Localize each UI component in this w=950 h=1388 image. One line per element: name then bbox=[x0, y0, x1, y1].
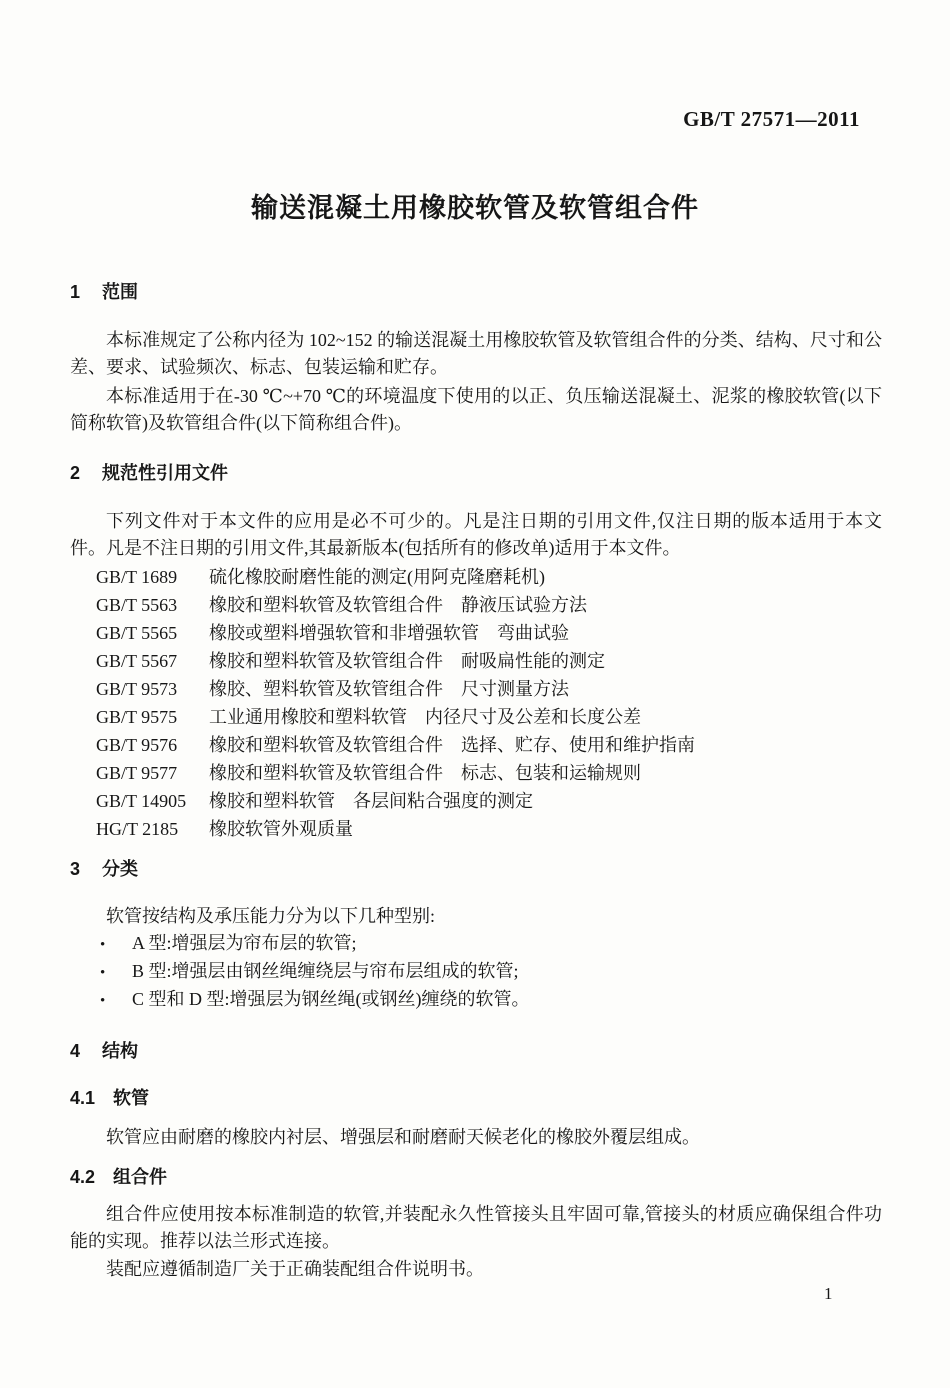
reference-title: 橡胶或塑料增强软管和非增强软管 弯曲试验 bbox=[209, 619, 569, 647]
bullet-icon: • bbox=[100, 931, 112, 959]
heading-number: 4 bbox=[70, 1038, 80, 1065]
reference-title: 橡胶和塑料软管及软管组合件 静液压试验方法 bbox=[209, 591, 587, 619]
reference-code: GB/T 9575 bbox=[96, 703, 193, 731]
reference-item: GB/T 5563 橡胶和塑料软管及软管组合件 静液压试验方法 bbox=[96, 591, 882, 619]
heading-label: 分类 bbox=[102, 859, 138, 879]
reference-code: HG/T 2185 bbox=[96, 815, 193, 843]
list-item-text: C 型和 D 型:增强层为钢丝绳(或钢丝)缠绕的软管。 bbox=[132, 985, 530, 1013]
heading-label: 规范性引用文件 bbox=[102, 463, 228, 483]
heading-number: 3 bbox=[70, 856, 80, 883]
heading-label: 软管 bbox=[113, 1088, 149, 1108]
reference-title: 橡胶软管外观质量 bbox=[209, 815, 353, 843]
section-heading-structure: 4结构 bbox=[70, 1038, 138, 1065]
reference-title: 橡胶和塑料软管及软管组合件 选择、贮存、使用和维护指南 bbox=[209, 731, 695, 759]
page-number: 1 bbox=[824, 1280, 833, 1307]
heading-number: 4.1 bbox=[70, 1085, 95, 1112]
reference-code: GB/T 5567 bbox=[96, 647, 193, 675]
reference-item: HG/T 2185 橡胶软管外观质量 bbox=[96, 815, 882, 843]
reference-title: 橡胶和塑料软管 各层间粘合强度的测定 bbox=[209, 787, 533, 815]
subsection-heading-hose: 4.1软管 bbox=[70, 1085, 149, 1112]
reference-item: GB/T 1689 硫化橡胶耐磨性能的测定(用阿克隆磨耗机) bbox=[96, 563, 882, 591]
reference-code: GB/T 5565 bbox=[96, 619, 193, 647]
bullet-icon: • bbox=[100, 987, 112, 1015]
list-item: • A 型:增强层为帘布层的软管; bbox=[100, 929, 882, 957]
reference-title: 硫化橡胶耐磨性能的测定(用阿克隆磨耗机) bbox=[209, 563, 545, 591]
heading-number: 2 bbox=[70, 460, 80, 487]
reference-code: GB/T 14905 bbox=[96, 787, 193, 815]
reference-item: GB/T 5567 橡胶和塑料软管及软管组合件 耐吸扁性能的测定 bbox=[96, 647, 882, 675]
paragraph-scope-1: 本标准规定了公称内径为 102~152 的输送混凝土用橡胶软管及软管组合件的分类… bbox=[70, 327, 882, 381]
heading-label: 结构 bbox=[102, 1041, 138, 1061]
reference-title: 橡胶、塑料软管及软管组合件 尺寸测量方法 bbox=[209, 675, 569, 703]
paragraph-scope-2: 本标准适用于在-30 ℃~+70 ℃的环境温度下使用的以正、负压输送混凝土、泥浆… bbox=[70, 383, 882, 437]
bullet-icon: • bbox=[100, 959, 112, 987]
section-heading-normative-refs: 2规范性引用文件 bbox=[70, 460, 228, 487]
reference-code: GB/T 1689 bbox=[96, 563, 193, 591]
reference-code: GB/T 9577 bbox=[96, 759, 193, 787]
paragraph-assembly-1: 组合件应使用按本标准制造的软管,并装配永久性管接头且牢固可靠,管接头的材质应确保… bbox=[70, 1201, 882, 1255]
heading-label: 范围 bbox=[102, 282, 138, 302]
reference-item: GB/T 9575 工业通用橡胶和塑料软管 内径尺寸及公差和长度公差 bbox=[96, 703, 882, 731]
reference-item: GB/T 9577 橡胶和塑料软管及软管组合件 标志、包装和运输规则 bbox=[96, 759, 882, 787]
list-item: • B 型:增强层由钢丝绳缠绕层与帘布层组成的软管; bbox=[100, 957, 882, 985]
heading-number: 1 bbox=[70, 279, 80, 306]
list-item-text: B 型:增强层由钢丝绳缠绕层与帘布层组成的软管; bbox=[132, 957, 519, 985]
reference-item: GB/T 9576 橡胶和塑料软管及软管组合件 选择、贮存、使用和维护指南 bbox=[96, 731, 882, 759]
reference-title: 橡胶和塑料软管及软管组合件 标志、包装和运输规则 bbox=[209, 759, 641, 787]
list-item: • C 型和 D 型:增强层为钢丝绳(或钢丝)缠绕的软管。 bbox=[100, 985, 882, 1013]
reference-code: GB/T 5563 bbox=[96, 591, 193, 619]
bullet-list: • A 型:增强层为帘布层的软管; • B 型:增强层由钢丝绳缠绕层与帘布层组成… bbox=[100, 929, 882, 1013]
reference-title: 橡胶和塑料软管及软管组合件 耐吸扁性能的测定 bbox=[209, 647, 605, 675]
reference-title: 工业通用橡胶和塑料软管 内径尺寸及公差和长度公差 bbox=[209, 703, 641, 731]
paragraph-classification-intro: 软管按结构及承压能力分为以下几种型别: bbox=[70, 903, 882, 930]
list-item-text: A 型:增强层为帘布层的软管; bbox=[132, 929, 357, 957]
heading-label: 组合件 bbox=[113, 1167, 167, 1187]
subsection-heading-assembly: 4.2组合件 bbox=[70, 1164, 167, 1191]
references-list: GB/T 1689 硫化橡胶耐磨性能的测定(用阿克隆磨耗机) GB/T 5563… bbox=[96, 563, 882, 843]
reference-item: GB/T 9573 橡胶、塑料软管及软管组合件 尺寸测量方法 bbox=[96, 675, 882, 703]
paragraph-normative-intro: 下列文件对于本文件的应用是必不可少的。凡是注日期的引用文件,仅注日期的版本适用于… bbox=[70, 508, 882, 562]
paragraph-hose: 软管应由耐磨的橡胶内衬层、增强层和耐磨耐天候老化的橡胶外覆层组成。 bbox=[70, 1124, 882, 1151]
document-page: GB/T 27571—2011 输送混凝土用橡胶软管及软管组合件 1范围 本标准… bbox=[0, 0, 950, 1388]
heading-number: 4.2 bbox=[70, 1164, 95, 1191]
reference-item: GB/T 5565 橡胶或塑料增强软管和非增强软管 弯曲试验 bbox=[96, 619, 882, 647]
reference-code: GB/T 9573 bbox=[96, 675, 193, 703]
reference-item: GB/T 14905 橡胶和塑料软管 各层间粘合强度的测定 bbox=[96, 787, 882, 815]
reference-code: GB/T 9576 bbox=[96, 731, 193, 759]
page-title: 输送混凝土用橡胶软管及软管组合件 bbox=[0, 190, 950, 226]
section-heading-classification: 3分类 bbox=[70, 856, 138, 883]
doc-number: GB/T 27571—2011 bbox=[683, 106, 860, 133]
paragraph-assembly-2: 装配应遵循制造厂关于正确装配组合件说明书。 bbox=[70, 1256, 882, 1283]
section-heading-scope: 1范围 bbox=[70, 279, 138, 306]
